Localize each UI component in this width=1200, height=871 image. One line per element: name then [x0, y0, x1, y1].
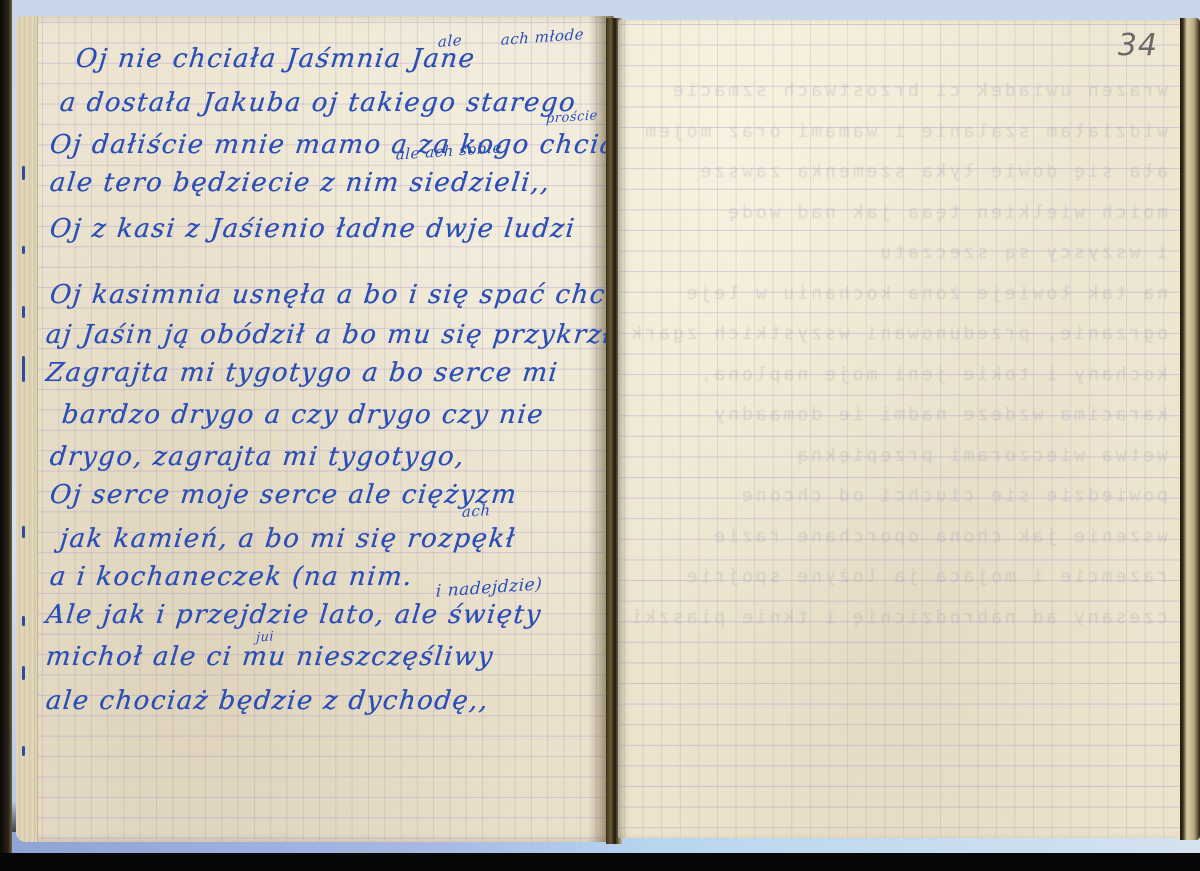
bleed-line: moich wielkien tęaa jak nad wodę: [628, 202, 1168, 243]
text-line: jak kamień, a bo mi się rozpękł: [58, 524, 517, 554]
text-line: Zagrajta mi tygotygo a bo serce mi: [44, 358, 560, 388]
text-line: a i kochaneczek (na nim.: [48, 562, 414, 592]
bleed-line: i wszyscy są szeczatu: [628, 242, 1168, 283]
scanner-background-left: [0, 0, 12, 871]
text-line: michoł ale ci mu nieszczęśliwy: [44, 642, 495, 672]
bleed-line: powiedzie sie ciuchci od chcone: [628, 485, 1168, 526]
bleed-line: karacima wzdeze nadmi ie domaadny: [628, 404, 1168, 445]
bleed-line: widziałam szalanie i wamami oraz mojem: [628, 121, 1168, 162]
text-line: Oj dałiście mnie mamo a za kogo chciał: [48, 130, 614, 160]
bleed-through-impressions: wrazen uwiadek ci brzostwach szmacie wid…: [628, 80, 1168, 647]
notebook-right-edge: [1180, 18, 1200, 840]
scanner-border: [0, 853, 1200, 871]
bleed-line: kochany i tokie jeni moje naplona,: [628, 364, 1168, 405]
bleed-line: wszenie jak chona oporchane razie: [628, 526, 1168, 567]
text-line: aj Jaśin ją obódził a bo mu się przykrzł…: [44, 320, 614, 350]
right-page: wrazen uwiadek ci brzostwach szmacie wid…: [618, 20, 1184, 838]
text-line: Oj kasimnia usnęła a bo i się spać chcia…: [48, 280, 614, 310]
text-line: Ale jak i przejdzie lato, ale święty: [44, 600, 543, 630]
text-line: drygo, zagrajta mi tygotygo,: [48, 442, 466, 472]
bleed-line: wrazen uwiadek ci brzostwach szmacie: [628, 80, 1168, 121]
text-line: ale chociaż będzie z dychodę,,: [44, 686, 490, 716]
text-line: ale tero będziecie z nim siedzieli,,: [48, 168, 552, 198]
text-line: bardzo drygo a czy drygo czy nie: [60, 400, 545, 430]
text-line: a dostała Jakuba oj takiego starego: [58, 88, 577, 118]
bleed-line: razemcie i mojaca ja lożyne spojrie: [628, 566, 1168, 607]
bleed-line: czesany ad nabrodzicnię i tknie piaszki: [628, 607, 1168, 648]
bleed-line: na tak łowieje żona kochaniu w leje: [628, 283, 1168, 324]
bleed-line: ała się dowie łyka szemenka zawsze: [628, 161, 1168, 202]
bleed-line: ogrzanie, przedunowani wszystkich zgarką: [628, 323, 1168, 364]
text-line: Oj z kasi z Jaśienio ładne dwje ludzi: [48, 214, 577, 244]
text-line: Oj serce moje serce ale ciężyzm: [48, 480, 519, 510]
left-page: ale ach młode proście ale ach sobie ach …: [16, 16, 614, 842]
page-number: 34: [1118, 28, 1158, 63]
text-line: Oj nie chciała Jaśmnia Jane: [74, 44, 477, 74]
bleed-line: wetwa wieczorami przepiękną: [628, 445, 1168, 486]
margin-ink-marks: [18, 56, 32, 776]
